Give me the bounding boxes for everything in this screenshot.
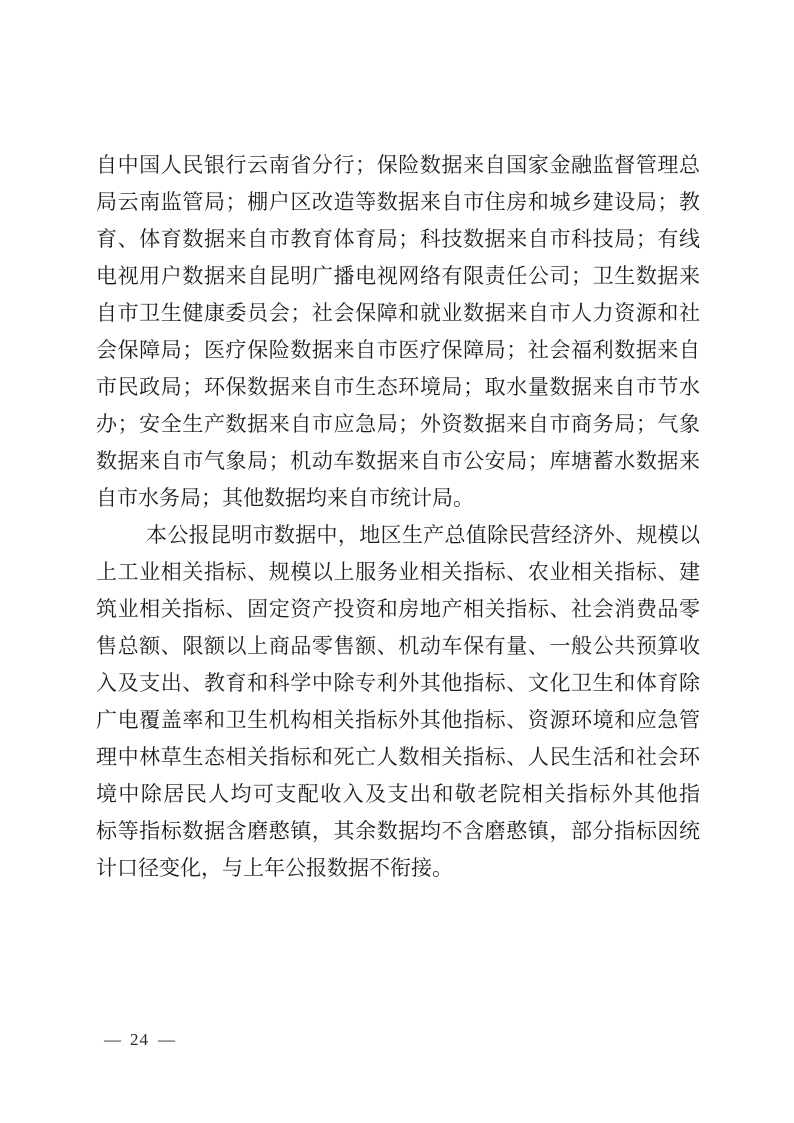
text-line: 自市水务局；其他数据均来自市统计局。 (96, 480, 700, 517)
text-line: 自中国人民银行云南省分行；保险数据来自国家金融监督管理总 (96, 147, 700, 184)
text-line: 售总额、限额以上商品零售额、机动车保有量、一般公共预算收 (96, 628, 700, 665)
text-line: 电视用户数据来自昆明广播电视网络有限责任公司；卫生数据来 (96, 258, 700, 295)
footer-dash-left: — (104, 1030, 121, 1050)
text-line: 标等指标数据含磨憨镇，其余数据均不含磨憨镇，部分指标因统 (96, 813, 700, 850)
text-line: 理中林草生态相关指标和死亡人数相关指标、人民生活和社会环 (96, 739, 700, 776)
text-line: 上工业相关指标、规模以上服务业相关指标、农业相关指标、建 (96, 554, 700, 591)
text-line: 数据来自市气象局；机动车数据来自市公安局；库塘蓄水数据来 (96, 443, 700, 480)
text-line: 市民政局；环保数据来自市生态环境局；取水量数据来自市节水 (96, 369, 700, 406)
text-line: 境中除居民人均可支配收入及支出和敬老院相关指标外其他指 (96, 776, 700, 813)
text-line: 会保障局；医疗保险数据来自市医疗保障局；社会福利数据来自 (96, 332, 700, 369)
document-page: 自中国人民银行云南省分行；保险数据来自国家金融监督管理总 局云南监管局；棚户区改… (0, 0, 794, 1123)
paragraph-data-sources: 自中国人民银行云南省分行；保险数据来自国家金融监督管理总 局云南监管局；棚户区改… (96, 147, 700, 517)
page-footer: — 24 — (104, 1027, 175, 1053)
text-line: 本公报昆明市数据中，地区生产总值除民营经济外、规模以 (96, 517, 700, 554)
text-line: 计口径变化，与上年公报数据不衔接。 (96, 850, 700, 887)
text-line: 自市卫生健康委员会；社会保障和就业数据来自市人力资源和社 (96, 295, 700, 332)
text-line: 办；安全生产数据来自市应急局；外资数据来自市商务局；气象 (96, 406, 700, 443)
text-line: 筑业相关指标、固定资产投资和房地产相关指标、社会消费品零 (96, 591, 700, 628)
page-body-text: 自中国人民银行云南省分行；保险数据来自国家金融监督管理总 局云南监管局；棚户区改… (96, 147, 700, 887)
paragraph-statistical-scope-note: 本公报昆明市数据中，地区生产总值除民营经济外、规模以 上工业相关指标、规模以上服… (96, 517, 700, 887)
text-line: 广电覆盖率和卫生机构相关指标外其他指标、资源环境和应急管 (96, 702, 700, 739)
text-line: 局云南监管局；棚户区改造等数据来自市住房和城乡建设局；教 (96, 184, 700, 221)
footer-dash-right: — (158, 1030, 175, 1050)
page-number: 24 (130, 1030, 149, 1050)
text-line: 入及支出、教育和科学中除专利外其他指标、文化卫生和体育除 (96, 665, 700, 702)
text-line: 育、体育数据来自市教育体育局；科技数据来自市科技局；有线 (96, 221, 700, 258)
